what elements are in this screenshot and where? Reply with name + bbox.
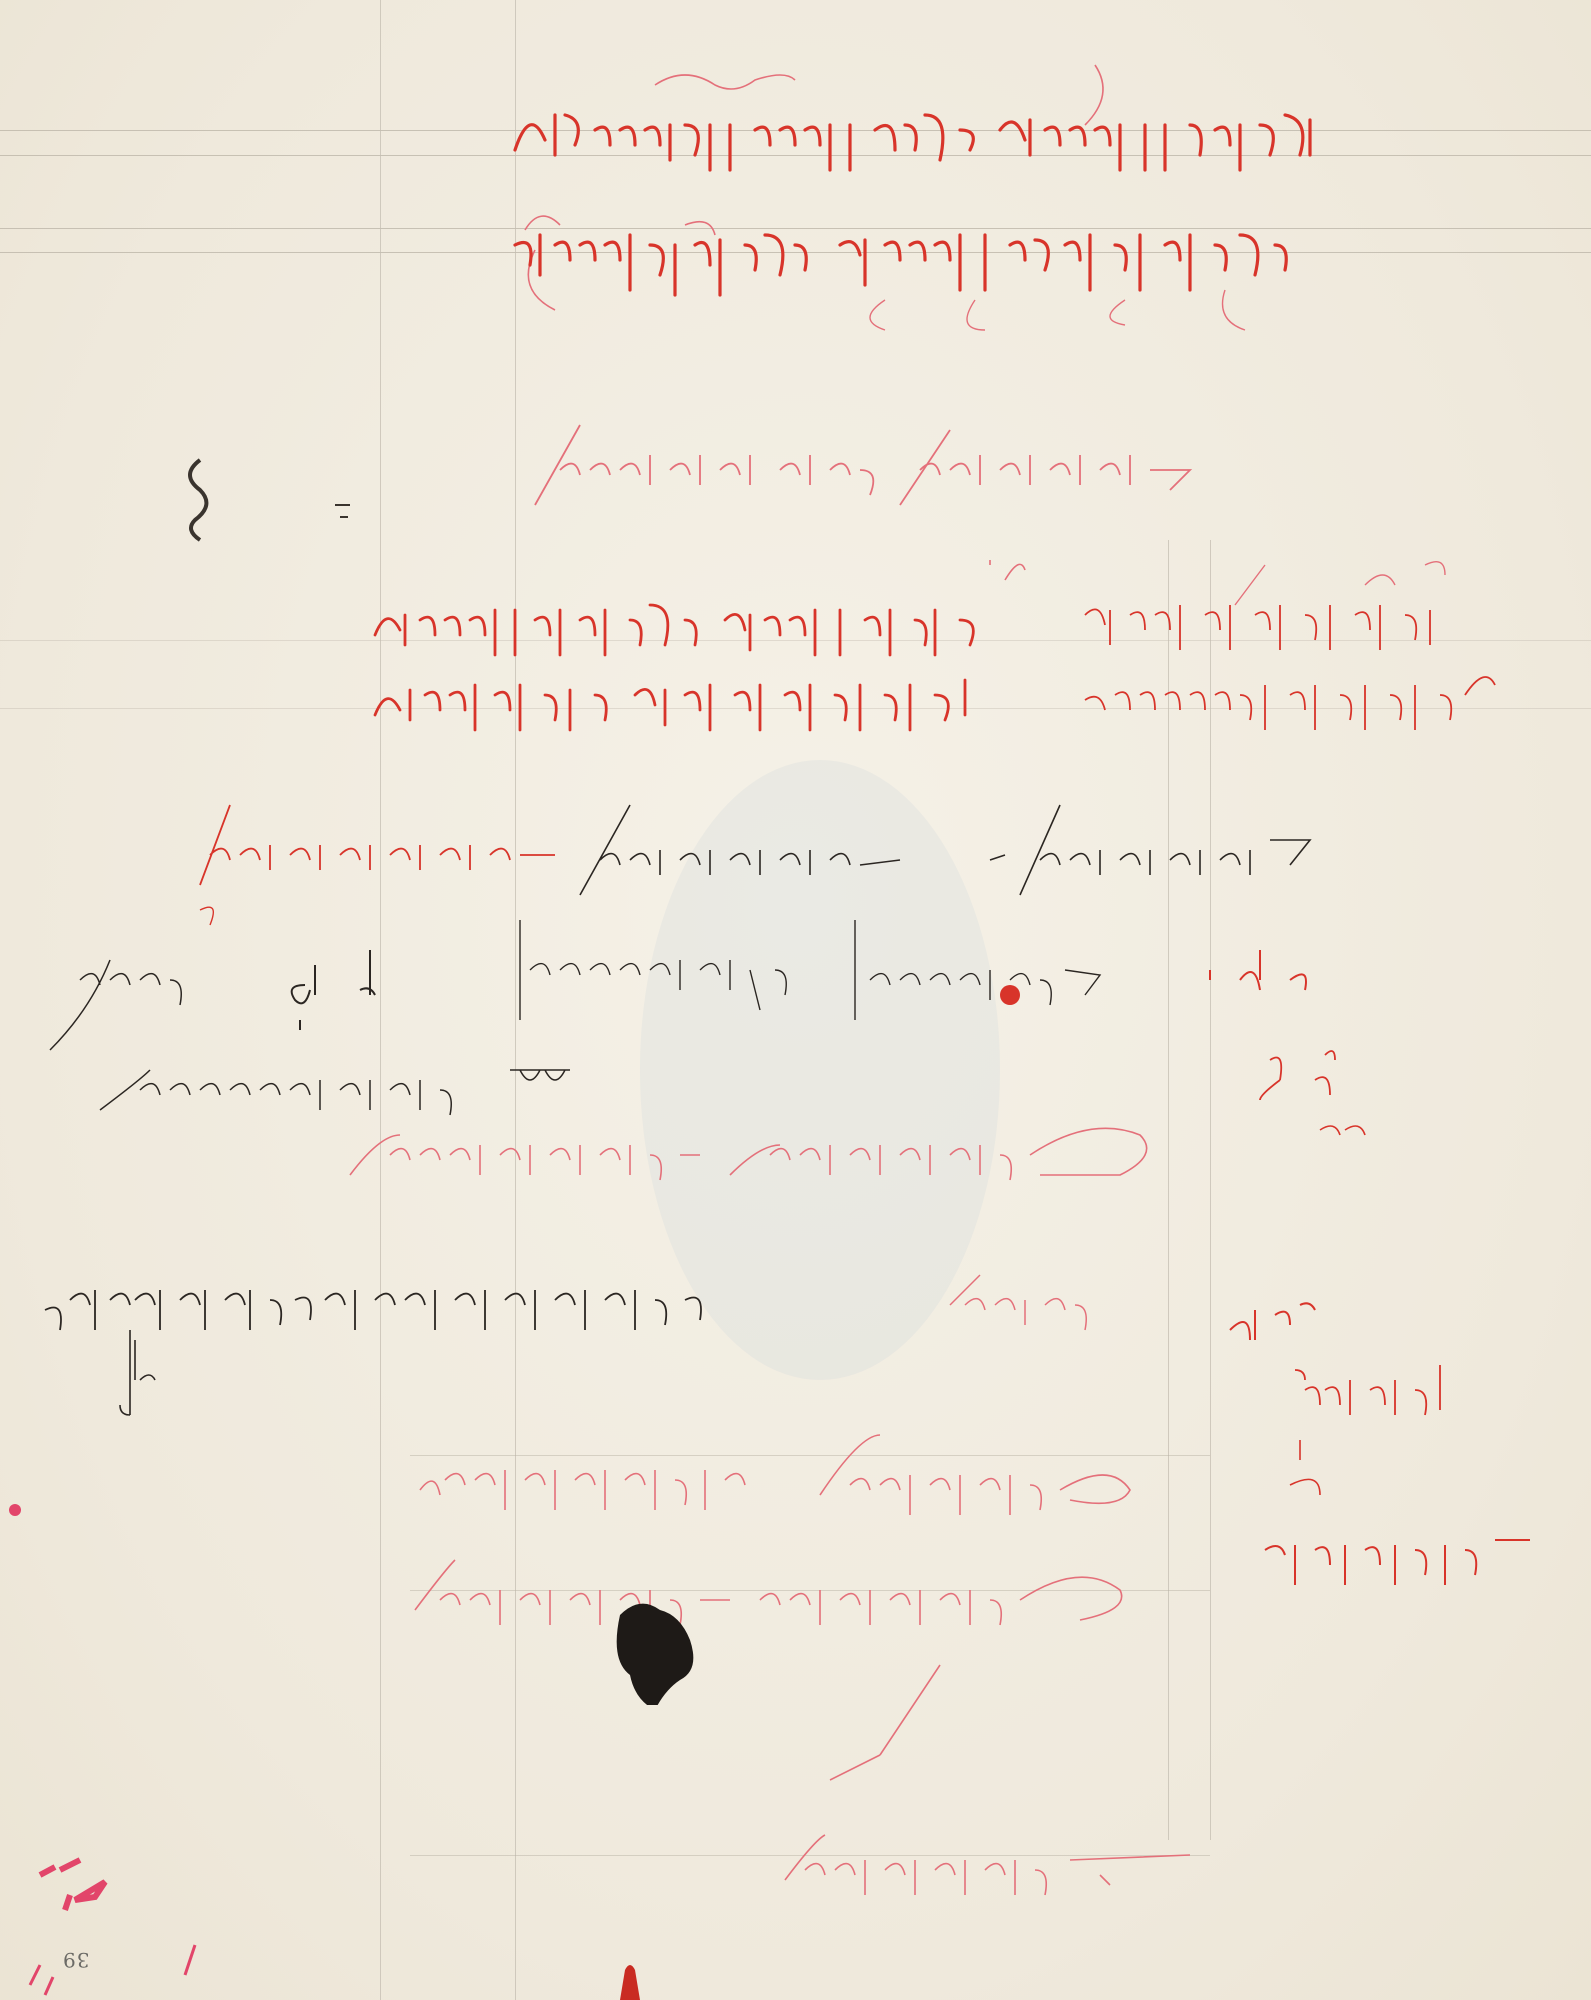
script-block [365, 555, 1565, 755]
title-line-2 [505, 190, 1325, 340]
manuscript-page: 39 [0, 0, 1591, 2000]
script-line [500, 910, 1120, 1030]
ink-splatter-red [15, 1855, 135, 2000]
script-fragment [790, 1660, 990, 1790]
ink-splatter-red [180, 1940, 200, 1984]
ink-splatter-red [5, 1500, 25, 1524]
script-line [400, 1540, 1160, 1650]
ink-blot-red [610, 1960, 650, 2000]
script-line [520, 410, 1200, 520]
script-line [770, 1820, 1210, 1910]
ink-mark [180, 455, 210, 545]
page-number: 39 [62, 1948, 89, 1972]
ink-blot [600, 1595, 720, 1709]
script-line [35, 1230, 725, 1430]
margin-notes-right [1200, 940, 1560, 1660]
script-line [400, 1410, 1140, 1540]
script-fragment [940, 1265, 1140, 1345]
script-line [340, 1085, 1160, 1215]
ink-mark [330, 495, 360, 525]
title-line-1 [505, 55, 1325, 175]
